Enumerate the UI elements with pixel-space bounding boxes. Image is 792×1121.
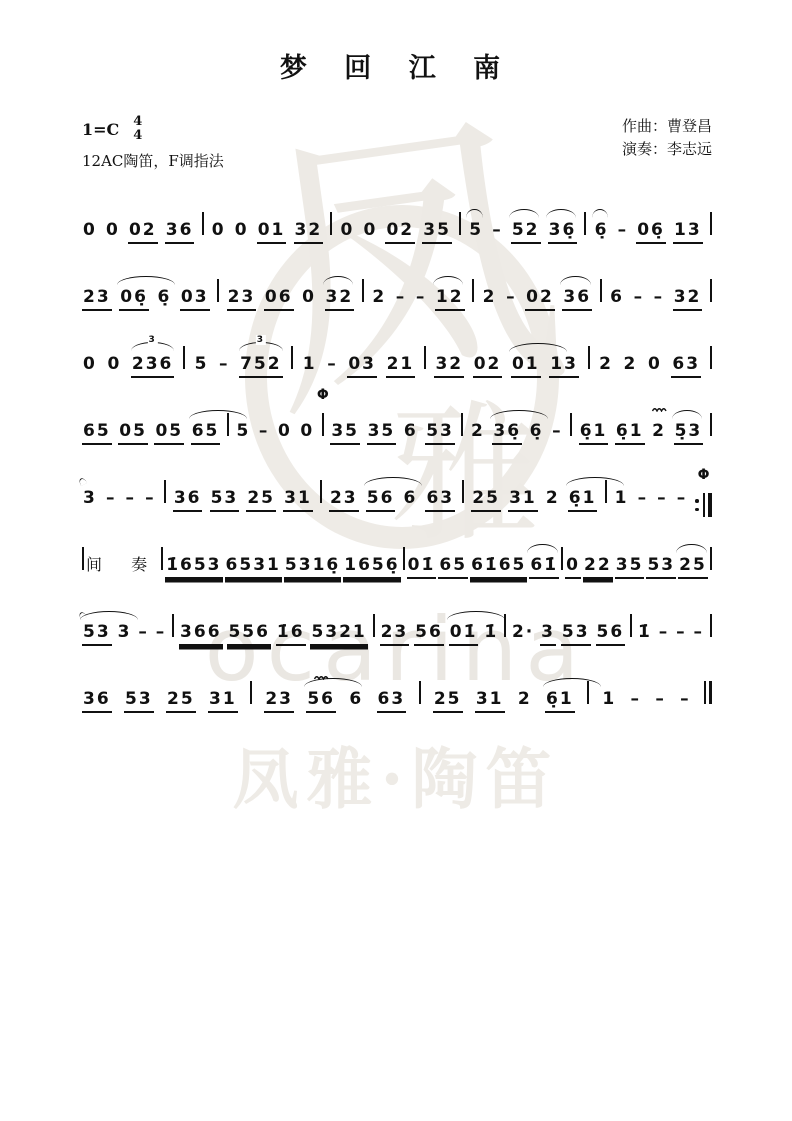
note-group: 63 [671, 354, 701, 378]
coda-icon: Φ [698, 467, 710, 483]
note-group: 0 [299, 421, 315, 441]
barline [227, 413, 229, 436]
note-group: 53 [124, 689, 154, 713]
note-group: 01 [511, 354, 541, 378]
note-group: 56 [414, 622, 444, 646]
note-group: 65 [191, 421, 221, 445]
note-group: 0 [234, 220, 250, 240]
note-group: 3 [82, 488, 98, 508]
note-group: 1 [601, 689, 617, 709]
barline [424, 346, 426, 369]
note-group: 0 [362, 220, 378, 240]
note-group: 53 [561, 622, 591, 646]
note-group: – [675, 622, 688, 642]
performer-credit: 演奏：李志远 [622, 138, 712, 161]
note-group: 56 [366, 488, 396, 512]
note-group: 2 [623, 354, 639, 374]
barline [330, 212, 332, 235]
barline [504, 614, 506, 637]
note-group: 02 [128, 220, 158, 244]
note-group: 56 [596, 622, 626, 646]
score-line: 2306̣6̣0323060322––122–02366––32 [82, 279, 712, 305]
mordent-icon [314, 674, 329, 680]
slur-arc [490, 410, 548, 419]
note-group: 01̇ [407, 555, 437, 579]
triplet-number: 3 [147, 335, 157, 345]
note-group: – [617, 220, 630, 240]
slur-arc [80, 611, 138, 620]
instrument-note: 12AC陶笛，F调指法 [82, 150, 224, 171]
mordent-icon [652, 406, 667, 412]
note-group: 32 [673, 287, 703, 311]
note-group: 6̣1 [615, 421, 645, 445]
note-group: 13 [673, 220, 703, 244]
note-group: 6̣ [529, 421, 545, 441]
note-group: – [326, 354, 339, 374]
barline [373, 614, 375, 637]
note-group: 1656̣ [343, 555, 400, 579]
score-line: 365325312356663253126̣11––– [82, 681, 712, 707]
page-content: 梦 回 江 南 1=C 4 4 12AC陶笛，F调指法 作曲：曹登昌 演奏：李志… [0, 0, 792, 707]
note-group: 6 [403, 488, 419, 508]
note-group: 6 [609, 287, 625, 307]
slur-arc [433, 276, 464, 285]
barline [362, 279, 364, 302]
barline [164, 480, 166, 503]
note-group: – [105, 488, 118, 508]
note-group: 05 [154, 421, 184, 445]
credits-block: 作曲：曹登昌 演奏：李志远 [622, 115, 712, 162]
note-group: 31 [283, 488, 313, 512]
score-line: 533––3665561̇65321235601̇1̇2·353561̇––– [82, 614, 712, 640]
note-group: 23 [329, 488, 359, 512]
note-group: 0 [301, 287, 317, 307]
note-group: 6̣1 [545, 689, 575, 713]
slur-arc [117, 276, 175, 285]
note-group: 5 [194, 354, 210, 374]
note-group: 56 [306, 689, 336, 713]
note-group: 35 [422, 220, 452, 244]
final-double-barline [704, 681, 712, 704]
note-group: 1̇6 [276, 622, 306, 646]
note-group: – [637, 488, 650, 508]
note-group: 3 [117, 622, 133, 642]
note-group: 25 [678, 555, 708, 579]
score-line: 0002360001320002355–5236̣6̣–06̣13 [82, 212, 712, 238]
note-group: 36 [173, 488, 203, 512]
composer-credit: 作曲：曹登昌 [622, 115, 712, 138]
note-group: 31 [475, 689, 505, 713]
note-group: 31 [208, 689, 238, 713]
slur-arc [466, 209, 482, 218]
note-group: – [218, 354, 231, 374]
song-title: 梦 回 江 南 [82, 46, 712, 85]
slur-arc [509, 343, 567, 352]
coda-icon: Φ [317, 387, 329, 403]
barline [462, 480, 464, 503]
note-group: – [137, 622, 150, 642]
note-group: 35 [615, 555, 645, 579]
barline [710, 212, 712, 235]
note-group: 13 [549, 354, 579, 378]
key-signature-line: 1=C 4 4 [82, 115, 224, 144]
barline [570, 413, 572, 436]
note-group: 61̇ [529, 555, 559, 579]
note-group: 1̇ [637, 622, 653, 642]
barline [403, 547, 405, 570]
note-group: 36 [165, 220, 195, 244]
note-group: 32 [325, 287, 355, 311]
note-group: 22 [583, 555, 613, 579]
note-group: 2· [511, 622, 535, 642]
note-group: 53 [210, 488, 240, 512]
note-group: 03 [347, 354, 377, 378]
note-group: 0 [105, 220, 121, 240]
note-group: 63 [377, 689, 407, 713]
barline [183, 346, 185, 369]
note-group: 2363 [131, 354, 175, 378]
note-group: 52 [511, 220, 541, 244]
score-body: 0002360001320002355–5236̣6̣–06̣132306̣6̣… [82, 212, 712, 707]
barline [461, 413, 463, 436]
barline [250, 681, 252, 704]
note-group: 1̇ [483, 622, 499, 642]
score-line: 间 奏1̇65365315316̣1656̣01̇6561̇6561̇02235… [82, 547, 712, 573]
note-group: 5 [468, 220, 484, 240]
note-group: 3 [540, 622, 556, 646]
note-group: 1̇653 [165, 555, 222, 579]
barline [584, 212, 586, 235]
note-group: – [505, 287, 518, 307]
key-block: 1=C 4 4 12AC陶笛，F调指法 [82, 115, 224, 171]
note-group: 02 [385, 220, 415, 244]
note-group: 6̣ [594, 220, 610, 240]
note-group: 0 [82, 220, 98, 240]
note-group: 06̣ [119, 287, 149, 311]
note-group: 53 [425, 421, 455, 445]
note-group: – [654, 689, 667, 709]
note-group: 0 [565, 555, 581, 579]
barline [161, 547, 163, 570]
barline [605, 480, 607, 503]
note-group: 65 [82, 421, 112, 445]
note-group: 32 [294, 220, 324, 244]
barline [419, 681, 421, 704]
note-group: 23 [380, 622, 410, 646]
note-group: 6̣ [156, 287, 172, 307]
barline [202, 212, 204, 235]
note-group: 61̇65 [470, 555, 527, 579]
note-group: 36 [82, 689, 112, 713]
barline [82, 547, 84, 570]
note-group: 01̇ [449, 622, 479, 646]
score-line: 0023635–75231–03213202011322063 [82, 346, 712, 372]
note-group: – [155, 622, 168, 642]
barline [587, 681, 589, 704]
barline [472, 279, 474, 302]
note-group: 6 [348, 689, 364, 709]
note-group: 01 [257, 220, 287, 244]
note-group: – [630, 689, 643, 709]
note-group: – [676, 488, 689, 508]
note-group: 25 [471, 488, 501, 512]
watermark-footer-text: 凤雅·陶笛 [233, 726, 560, 821]
end-repeat-barline: Φ [695, 493, 712, 517]
barline [588, 346, 590, 369]
note-group: 0 [277, 421, 293, 441]
note-group: 53 [82, 622, 112, 646]
note-group: 32 [434, 354, 464, 378]
slur-arc [543, 678, 601, 687]
note-group: 0 [647, 354, 663, 374]
key-signature: 1=C [82, 120, 119, 139]
note-group: 6531 [225, 555, 282, 579]
note-group: 5̣3 [674, 421, 704, 445]
barline [561, 547, 563, 570]
note-group: 65 [438, 555, 468, 579]
note-group: 556 [227, 622, 271, 646]
slur-arc [527, 544, 558, 553]
note-group: 2 [482, 287, 498, 307]
note-group: 02 [525, 287, 555, 311]
note-group: 366 [179, 622, 223, 646]
note-group: 05 [118, 421, 148, 445]
note-group: 6 [403, 421, 419, 441]
note-group: – [658, 622, 671, 642]
slur-arc [560, 276, 591, 285]
interlude-label: 间 奏 [86, 552, 159, 575]
note-group: 25 [246, 488, 276, 512]
note-group: 6̣1 [579, 421, 609, 445]
note-group: 06̣ [636, 220, 666, 244]
note-group: 36̣ [548, 220, 578, 244]
barline [291, 346, 293, 369]
note-group: 23 [82, 287, 112, 311]
slur-arc [672, 410, 703, 419]
slur-arc [189, 410, 247, 419]
note-group: 2 [651, 421, 667, 441]
note-group: 25 [166, 689, 196, 713]
slur-arc [509, 209, 540, 218]
note-group: 53 [646, 555, 676, 579]
barline [710, 279, 712, 302]
note-group: – [633, 287, 646, 307]
note-group: 0 [82, 354, 98, 374]
note-group: 1 [302, 354, 318, 374]
slur-arc [566, 477, 624, 486]
note-group: 23 [227, 287, 257, 311]
slur-arc [676, 544, 707, 553]
note-group: 5316̣ [284, 555, 341, 579]
note-group: 2 [470, 421, 486, 441]
note-group: – [395, 287, 408, 307]
note-group: – [653, 287, 666, 307]
note-group: 36 [562, 287, 592, 311]
note-group: 21 [386, 354, 416, 378]
score-line: 650505655–00Φ3535653236̣6̣–6̣16̣125̣3 [82, 413, 712, 439]
time-signature: 4 4 [133, 115, 142, 144]
note-group: 2 [598, 354, 614, 374]
note-group: – [693, 622, 706, 642]
note-group: 5321 [310, 622, 367, 646]
triplet-number: 3 [256, 335, 266, 345]
note-group: – [491, 220, 504, 240]
slur-arc [364, 477, 422, 486]
sheet-music-page: 凤 雅 ocarina 凤雅·陶笛 梦 回 江 南 1=C 4 4 12AC陶笛… [0, 0, 792, 1121]
score-line: 3–––365325312356663253126̣11–––Φ [82, 480, 712, 506]
slur-arc [447, 611, 505, 620]
barline [320, 480, 322, 503]
slur-arc [546, 209, 577, 218]
note-group: 5 [236, 421, 252, 441]
note-group: 35 [367, 421, 397, 445]
note-group: – [679, 689, 692, 709]
note-group: 6̣1 [568, 488, 598, 512]
note-group: 7523 [239, 354, 283, 378]
barline: Φ [322, 413, 324, 436]
barline [172, 614, 174, 637]
header-row: 1=C 4 4 12AC陶笛，F调指法 作曲：曹登昌 演奏：李志远 [82, 115, 712, 171]
barline [630, 614, 632, 637]
note-group: 25 [433, 689, 463, 713]
slur-arc [592, 209, 608, 218]
note-group: – [551, 421, 564, 441]
note-group: – [415, 287, 428, 307]
barline [710, 614, 712, 637]
time-signature-numerator: 4 [133, 115, 142, 129]
note-group: 06 [264, 287, 294, 311]
note-group: 63 [425, 488, 455, 512]
note-group: 12 [435, 287, 465, 311]
note-group: 03 [180, 287, 210, 311]
note-group: 0 [106, 354, 122, 374]
note-group: – [144, 488, 157, 508]
note-group: – [258, 421, 271, 441]
note-group: 1 [614, 488, 630, 508]
barline [710, 547, 712, 570]
note-group: 2 [545, 488, 561, 508]
tie-continuation-tick [78, 476, 88, 486]
note-group: 2 [517, 689, 533, 709]
note-group: – [125, 488, 138, 508]
barline [600, 279, 602, 302]
note-group: – [656, 488, 669, 508]
note-group: 36̣ [492, 421, 522, 445]
barline [710, 346, 712, 369]
barline [710, 413, 712, 436]
repeat-thick-bar [708, 493, 712, 517]
note-group: 0 [211, 220, 227, 240]
note-group: 02 [473, 354, 503, 378]
repeat-dots [695, 499, 699, 511]
time-signature-denominator: 4 [133, 129, 142, 143]
note-group: 35 [330, 421, 360, 445]
note-group: 31 [508, 488, 538, 512]
barline [217, 279, 219, 302]
note-group: 23 [264, 689, 294, 713]
slur-arc [323, 276, 354, 285]
note-group: 2 [371, 287, 387, 307]
repeat-thin-bar [703, 493, 705, 517]
note-group: 0 [339, 220, 355, 240]
barline [459, 212, 461, 235]
